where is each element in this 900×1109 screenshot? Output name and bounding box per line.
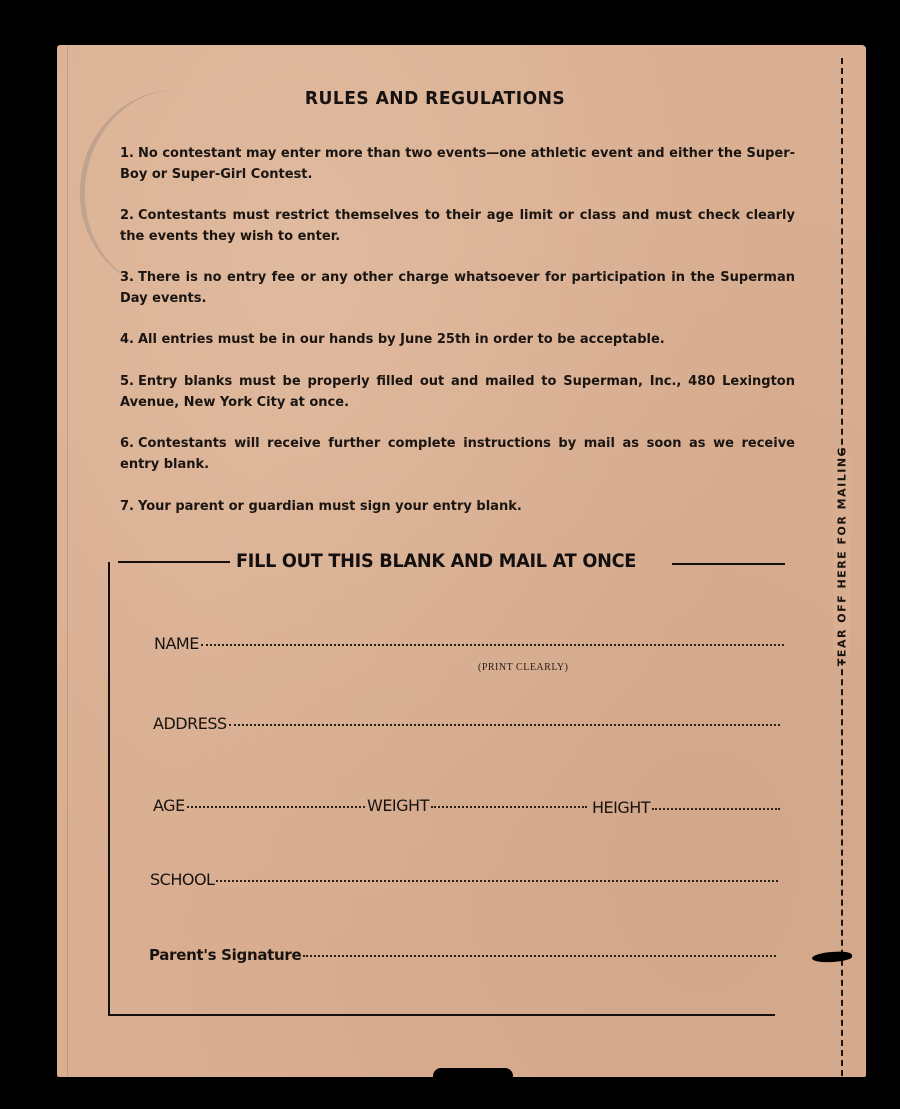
rule-item: 7.Your parent or guardian must sign your… (120, 496, 795, 517)
age-field[interactable]: AGE (153, 796, 365, 815)
address-label: ADDRESS (153, 714, 227, 733)
parent-signature-input-line[interactable] (303, 955, 776, 957)
form-title-rule-right (672, 563, 785, 565)
height-label: HEIGHT (592, 798, 650, 817)
name-input-line[interactable] (201, 644, 784, 646)
parent-signature-label: Parent's Signature (149, 946, 301, 964)
paper-bottom-tear (433, 1068, 513, 1080)
age-input-line[interactable] (187, 806, 365, 808)
name-field[interactable]: NAME (154, 634, 784, 653)
rule-item: 5.Entry blanks must be properly filled o… (120, 371, 795, 413)
address-input-line[interactable] (229, 724, 780, 726)
weight-input-line[interactable] (431, 806, 587, 808)
tear-off-label: TEAR OFF HERE FOR MAILING (836, 446, 849, 666)
school-label: SCHOOL (150, 870, 214, 889)
height-input-line[interactable] (652, 808, 780, 810)
rule-item: 2.Contestants must restrict themselves t… (120, 205, 795, 247)
address-field[interactable]: ADDRESS (153, 714, 780, 733)
height-field[interactable]: HEIGHT (592, 798, 780, 817)
weight-label: WEIGHT (367, 796, 429, 815)
rule-item: 6.Contestants will receive further compl… (120, 433, 795, 475)
school-field[interactable]: SCHOOL (150, 870, 778, 889)
rule-item: 4.All entries must be in our hands by Ju… (120, 329, 795, 350)
form-title: FILL OUT THIS BLANK AND MAIL AT ONCE (236, 550, 636, 572)
parent-signature-field[interactable]: Parent's Signature (149, 946, 776, 964)
age-label: AGE (153, 796, 185, 815)
page-title: RULES AND REGULATIONS (22, 88, 849, 109)
rules-list: 1.No contestant may enter more than two … (120, 143, 795, 538)
weight-field[interactable]: WEIGHT (367, 796, 587, 815)
rule-item: 1.No contestant may enter more than two … (120, 143, 795, 185)
rule-item: 3.There is no entry fee or any other cha… (120, 267, 795, 309)
school-input-line[interactable] (216, 880, 778, 882)
form-title-rule-left (118, 561, 230, 563)
name-label: NAME (154, 634, 199, 653)
print-clearly-hint: (PRINT CLEARLY) (478, 662, 568, 673)
